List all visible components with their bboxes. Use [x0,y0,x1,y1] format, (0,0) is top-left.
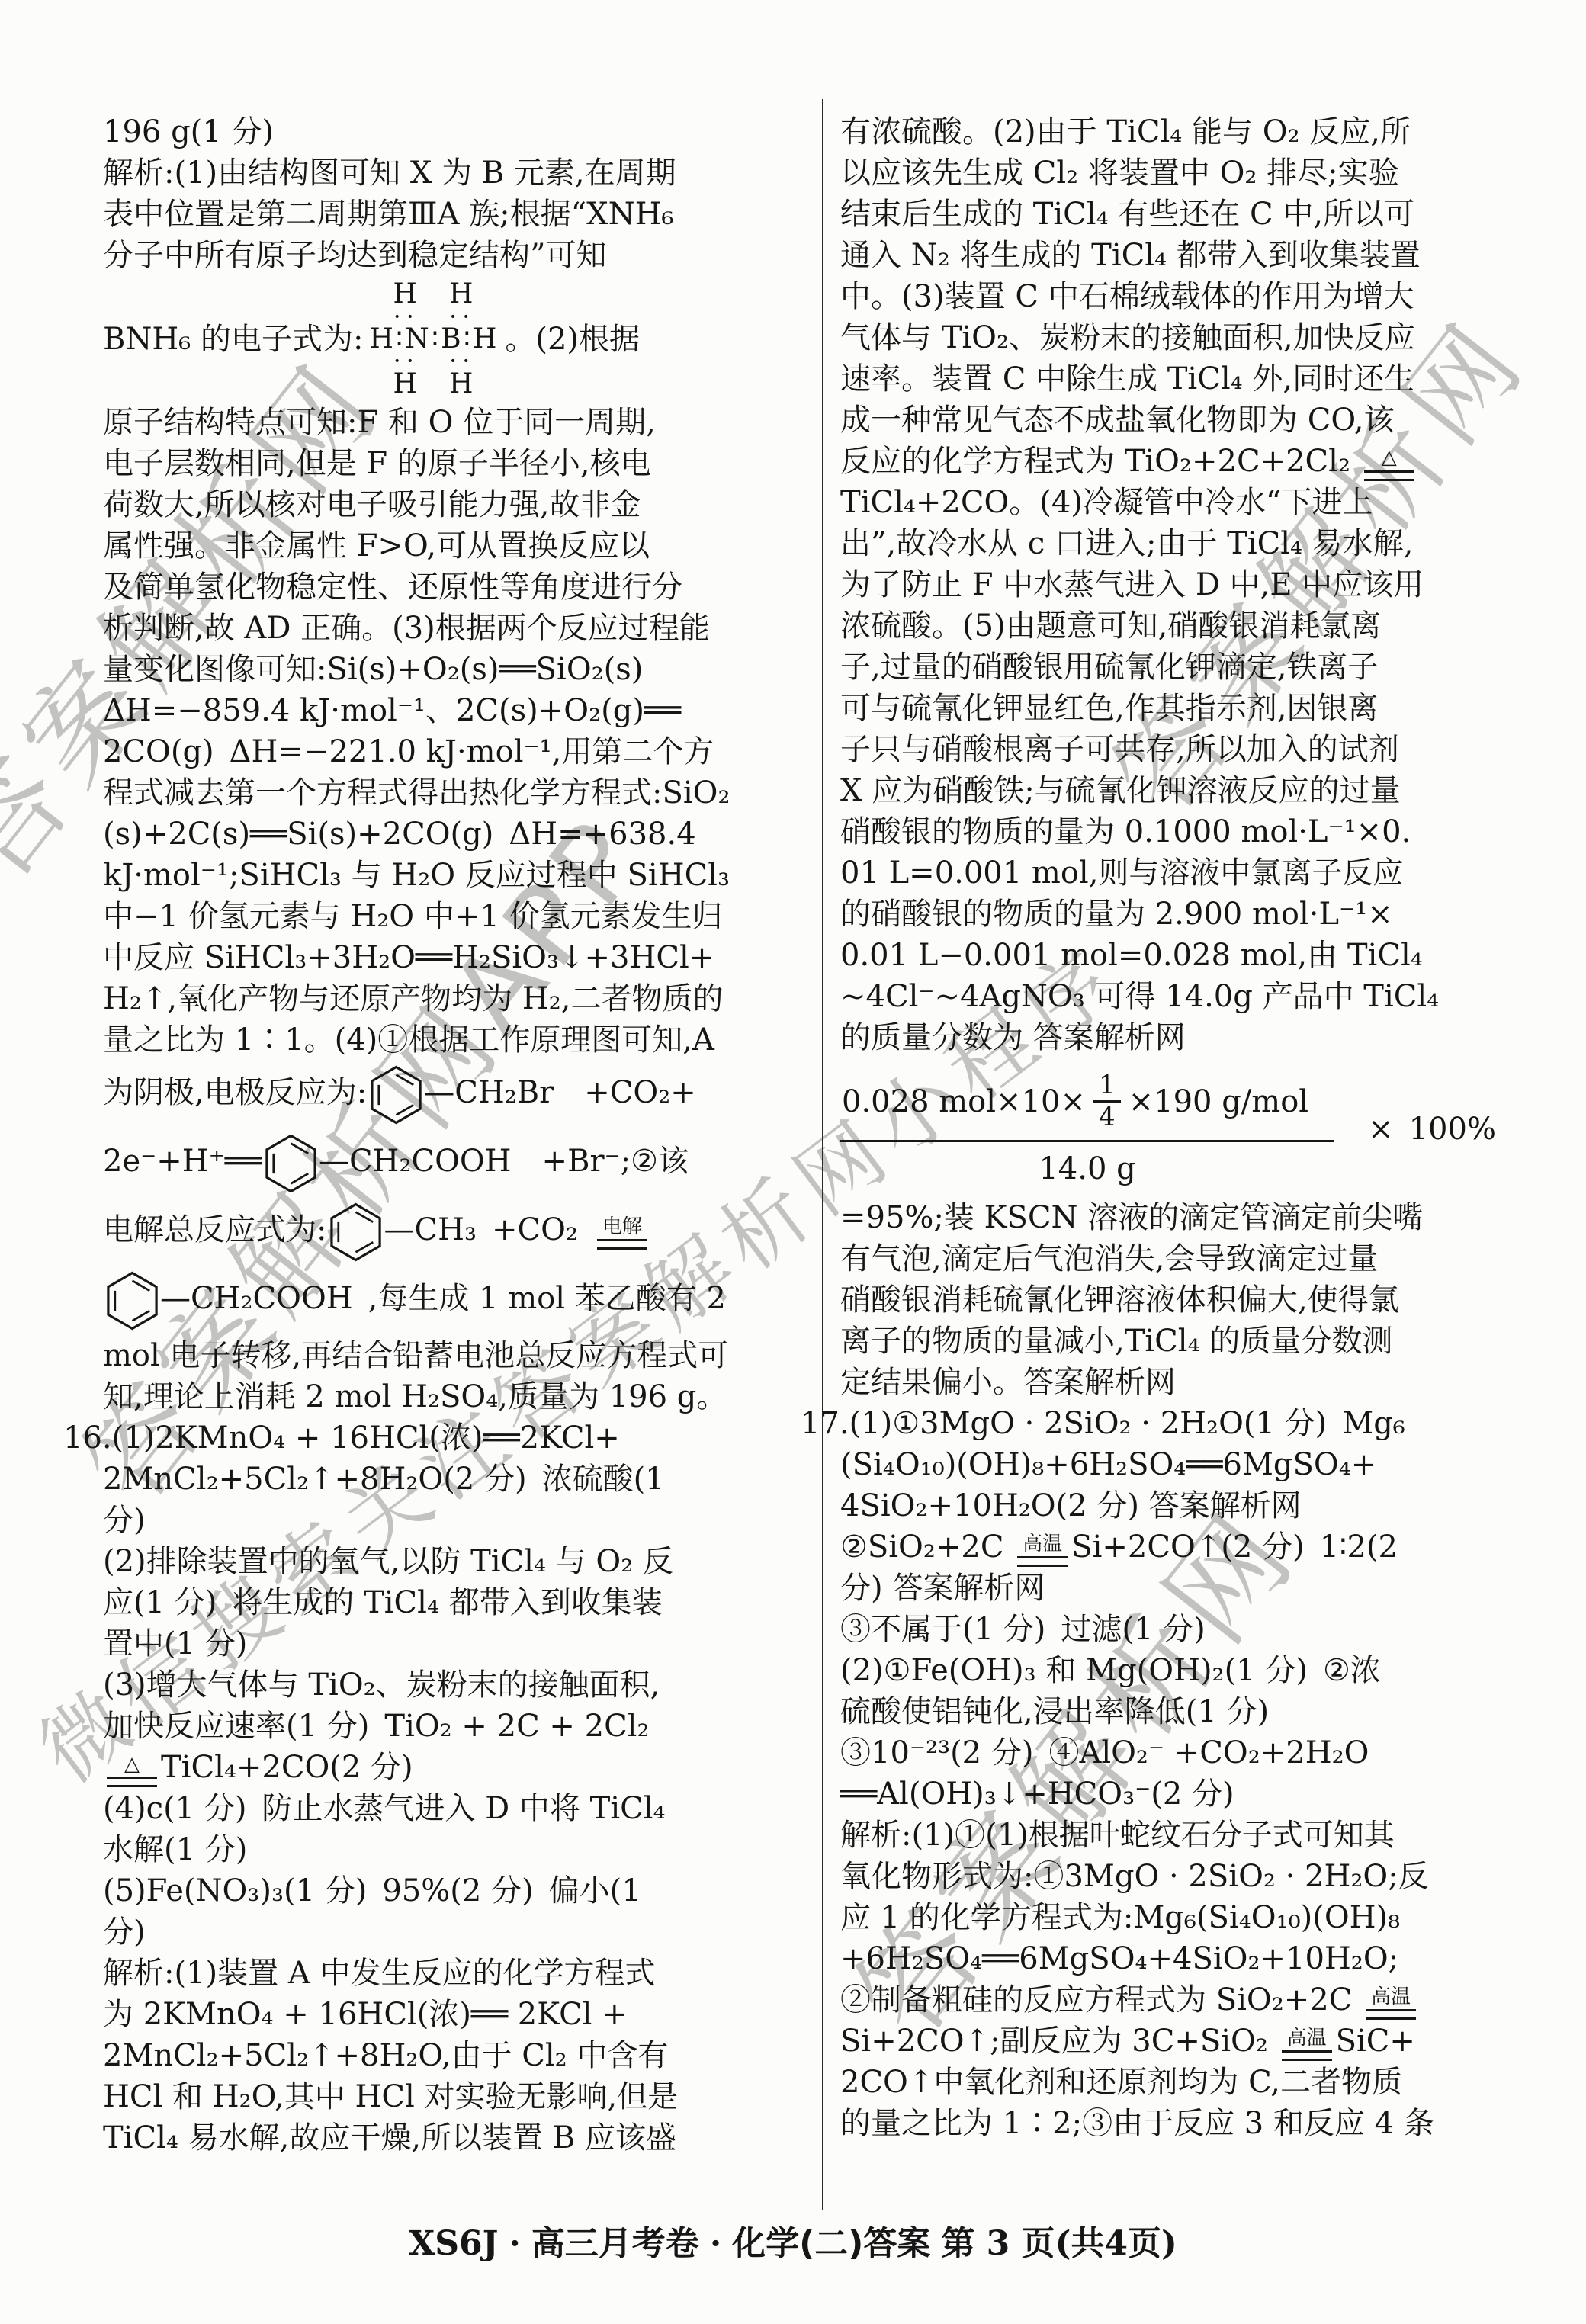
text-line: 硝酸银的物质的量为 0.1000 mol·L⁻¹×0. [840,811,1549,852]
text-line: 离子的物质的量减小,TiCl₄ 的质量分数测 [840,1321,1549,1362]
text-line: 结束后生成的 TiCl₄ 有些还在 C 中,所以可 [840,194,1549,235]
text-line: 2CO(g) ΔH=−221.0 kJ·mol⁻¹,用第二个方 [103,731,798,772]
text-line: 量变化图像可知:Si(s)+O₂(s)══SiO₂(s) [103,649,798,690]
text-line: 属性强。非金属性 F>O,可从置换反应以 [103,525,798,567]
text-line: 通入 N₂ 将生成的 TiCl₄ 都带入到收集装置 [840,235,1549,276]
text-line: 电解总反应式为:—CH₃ +CO₂ 电解 [103,1198,798,1266]
text-line: 硫酸使铝钝化,浸出率降低(1 分) [840,1691,1549,1732]
text-line: TiCl₄+2CO。(4)冷凝管中冷水“下进上 [840,482,1549,523]
text-line: kJ·mol⁻¹;SiHCl₃ 与 H₂O 反应过程中 SiHCl₃ [103,855,798,896]
text-line: H₂↑,氧化产物与还原产物均为 H₂,二者物质的 [103,978,798,1019]
text-line: 有气泡,滴定后气泡消失,会导致滴定过量 [840,1238,1549,1279]
text-line: 及简单氢化物稳定性、还原性等角度进行分 [103,567,798,608]
text-line: 应 1 的化学方程式为:Mg₆(Si₄O₁₀)(OH)₈ [840,1897,1549,1938]
text-line: 应(1 分) 将生成的 TiCl₄ 都带入到收集装 [103,1582,798,1623]
text-line: 解析:(1)①(1)根据叶蛇纹石分子式可知其 [840,1815,1549,1856]
benzene-ring-icon [104,1269,160,1333]
page-number: 第 3 页(共4页) [941,2224,1177,2263]
text-line: 的量之比为 1∶2;③由于反应 3 和反应 4 条 [840,2103,1549,2144]
text-line: 子只与硝酸根离子可共存,所以加入的试剂 [840,729,1549,770]
text-line: 置中(1 分) [103,1623,798,1664]
text-line: =95%;装 KSCN 溶液的滴定管滴定前尖嘴 [840,1197,1549,1238]
text-line: (4)c(1 分) 防止水蒸气进入 D 中将 TiCl₄ [103,1788,798,1829]
text-line: 16.(1)2KMnO₄ + 16HCl(浓)══2KCl+ [63,1417,798,1459]
text-line: 知,理论上消耗 2 mol H₂SO₄,质量为 196 g。 [103,1376,798,1417]
text-line: 2MnCl₂+5Cl₂↑+8H₂O,由于 Cl₂ 中含有 [103,2035,798,2076]
text-line: 中−1 价氢元素与 H₂O 中+1 价氢元素发生归 [103,896,798,937]
text-line: 4SiO₂+10H₂O(2 分) 答案解析网 [840,1485,1549,1526]
reaction-condition-equals: △ [107,1753,157,1787]
text-line: (3)增大气体与 TiO₂、炭粉末的接触面积, [103,1664,798,1706]
paper-code: XS6J [409,2224,498,2263]
footer-dot: · [710,2224,721,2263]
text-line: 电子层数相同,但是 F 的原子半径小,核电 [103,443,798,484]
reaction-condition-equals: 电解 [597,1215,647,1250]
text-line: (s)+2C(s)══Si(s)+2CO(g) ΔH=+638.4 [103,814,798,855]
left-column: 196 g(1 分)解析:(1)由结构图可知 X 为 B 元素,在周期表中位置是… [103,111,798,2159]
text-line: 中反应 SiHCl₃+3H₂O══H₂SiO₃↓+3HCl+ [103,937,798,978]
benzene-ring-icon [368,1063,424,1127]
text-line: 表中位置是第二周期第ⅢA 族;根据“XNH₆ [103,194,798,235]
text-line: 氧化物形式为:①3MgO · 2SiO₂ · 2H₂O;反 [840,1856,1549,1897]
text-line: 为了防止 F 中水蒸气进入 D 中,E 中应该用 [840,564,1549,605]
text-line: 浓硫酸。(5)由题意可知,硝酸银消耗氯离 [840,605,1549,647]
text-line: 解析:(1)由结构图可知 X 为 B 元素,在周期 [103,152,798,194]
text-line: 17.(1)①3MgO · 2SiO₂ · 2H₂O(1 分) Mg₆ [801,1403,1549,1444]
text-line: 的硝酸银的物质的量为 2.900 mol·L⁻¹× [840,894,1549,935]
text-line: 为 2KMnO₄ + 16HCl(浓)══ 2KCl + [103,1994,798,2035]
text-line: 原子结构特点可知:F 和 O 位于同一周期, [103,402,798,443]
text-line: HCl 和 H₂O,其中 HCl 对实验无影响,但是 [103,2076,798,2117]
reaction-condition-equals: △ [1364,446,1414,480]
text-line: 成一种常见气态不成盐氧化物即为 CO,该 [840,400,1549,441]
text-line: 2CO↑中氧化剂和还原剂均为 C,二者物质 [840,2062,1549,2103]
text-line: 为阴极,电极反应为:—CH₂Br +CO₂+ [103,1061,798,1129]
text-line: ══Al(OH)₃↓+HCO₃⁻(2 分) [840,1773,1549,1815]
scanned-answer-page: 答案解析网答案解析网APP微信搜索关注答案解析网小程序答案解析网答案解析网 19… [0,0,1586,2324]
text-line: BNH₆ 的电子式为:H H·· ··H∶N∶B∶H·· ··H H。(2)根据 [103,276,798,402]
text-line: 程式减去第一个方程式得出热化学方程式:SiO₂ [103,772,798,814]
text-line: ~4Cl⁻~4AgNO₃ 可得 14.0g 产品中 TiCl₄ [840,976,1549,1017]
text-line: ΔH=−859.4 kJ·mol⁻¹、2C(s)+O₂(g)══ [103,690,798,731]
text-line: (Si₄O₁₀)(OH)₈+6H₂SO₄══6MgSO₄+ [840,1444,1549,1485]
text-line: 2e⁻+H⁺══—CH₂COOH +Br⁻;②该 [103,1129,798,1198]
text-line: 反应的化学方程式为 TiO₂+2C+2Cl₂ △ [840,441,1549,482]
text-line: 分子中所有原子均达到稳定结构”可知 [103,235,798,276]
text-line: 子,过量的硝酸银用硫氰化钾滴定,铁离子 [840,647,1549,688]
text-line: (2)排除装置中的氧气,以防 TiCl₄ 与 O₂ 反 [103,1541,798,1582]
text-line: 2MnCl₂+5Cl₂↑+8H₂O(2 分) 浓硫酸(1 [103,1459,798,1500]
text-line: 中。(3)装置 C 中石棉绒载体的作用为增大 [840,276,1549,317]
electron-dot-formula: H H·· ··H∶N∶B∶H·· ··H H [370,279,499,399]
text-line: 分) [103,1500,798,1541]
text-line: ②制备粗硅的反应方程式为 SiO₂+2C 高温 [840,1979,1549,2021]
text-line: 以应该先生成 Cl₂ 将装置中 O₂ 排尽;实验 [840,152,1549,194]
text-line: (2)①Fe(OH)₃ 和 Mg(OH)₂(1 分) ②浓 [840,1650,1549,1691]
benzene-ring-icon [328,1200,384,1264]
column-divider [822,99,823,2210]
text-line: 水解(1 分) [103,1829,798,1870]
text-line: 分) [103,1912,798,1953]
text-line: 出”,故冷水从 c 口进入;由于 TiCl₄ 易水解, [840,523,1549,564]
exam-name: 高三月考卷 [531,2224,699,2263]
text-line: 有浓硫酸。(2)由于 TiCl₄ 能与 O₂ 反应,所 [840,111,1549,152]
text-line: 加快反应速率(1 分) TiO₂ + 2C + 2Cl₂ [103,1706,798,1747]
text-line: 硝酸银消耗硫氰化钾溶液体积偏大,使得氯 [840,1279,1549,1321]
text-line: 荷数大,所以核对电子吸引能力强,故非金 [103,484,798,525]
text-line: X 应为硝酸铁;与硫氰化钾溶液反应的过量 [840,770,1549,811]
page-footer: XS6J·高三月考卷·化学(二)答案第 3 页(共4页) [0,2216,1586,2265]
text-line: 0.01 L−0.001 mol=0.028 mol,由 TiCl₄ [840,935,1549,976]
text-line: ②SiO₂+2C 高温Si+2CO↑(2 分) 1∶2(2 [840,1526,1549,1568]
text-line: 析判断,故 AD 正确。(3)根据两个反应过程能 [103,608,798,649]
text-line: 01 L=0.001 mol,则与溶液中氯离子反应 [840,852,1549,894]
text-line: 可与硫氰化钾显红色,作其指示剂,因银离 [840,688,1549,729]
text-line: 速率。装置 C 中除生成 TiCl₄ 外,同时还生 [840,358,1549,400]
reaction-condition-equals: 高温 [1366,1985,1416,2020]
text-line: 解析:(1)装置 A 中发生反应的化学方程式 [103,1953,798,1994]
footer-dot: · [509,2224,520,2263]
text-line: 气体与 TiO₂、炭粉末的接触面积,加快反应 [840,317,1549,358]
text-line: TiCl₄ 易水解,故应干燥,所以装置 B 应该盛 [103,2117,798,2159]
text-line: mol 电子转移,再结合铅蓄电池总反应方程式可 [103,1335,798,1376]
text-line: 的质量分数为 答案解析网 [840,1017,1549,1058]
text-line: +6H₂SO₄══6MgSO₄+4SiO₂+10H₂O; [840,1938,1549,1979]
fraction-expression: 0.028 mol×10×14×190 g/mol14.0 g× 100% [840,1058,1549,1197]
text-line: Si+2CO↑;副反应为 3C+SiO₂ 高温SiC+ [840,2021,1549,2062]
subject-title: 化学(二)答案 [732,2224,930,2263]
text-line: ③10⁻²³(2 分) ④AlO₂⁻ +CO₂+2H₂O [840,1732,1549,1773]
text-line: △TiCl₄+2CO(2 分) [103,1747,798,1788]
text-line: —CH₂COOH ,每生成 1 mol 苯乙酸有 2 [103,1266,798,1335]
text-line: 196 g(1 分) [103,111,798,152]
benzene-ring-icon [263,1132,319,1196]
text-line: ③不属于(1 分) 过滤(1 分) [840,1609,1549,1650]
text-line: 定结果偏小。答案解析网 [840,1362,1549,1403]
right-column: 有浓硫酸。(2)由于 TiCl₄ 能与 O₂ 反应,所以应该先生成 Cl₂ 将装… [840,111,1549,2144]
reaction-condition-equals: 高温 [1017,1533,1067,1567]
text-line: 分) 答案解析网 [840,1568,1549,1609]
text-line: 量之比为 1∶1。(4)①根据工作原理图可知,A [103,1019,798,1061]
reaction-condition-equals: 高温 [1282,2027,1332,2061]
text-line: (5)Fe(NO₃)₃(1 分) 95%(2 分) 偏小(1 [103,1870,798,1912]
